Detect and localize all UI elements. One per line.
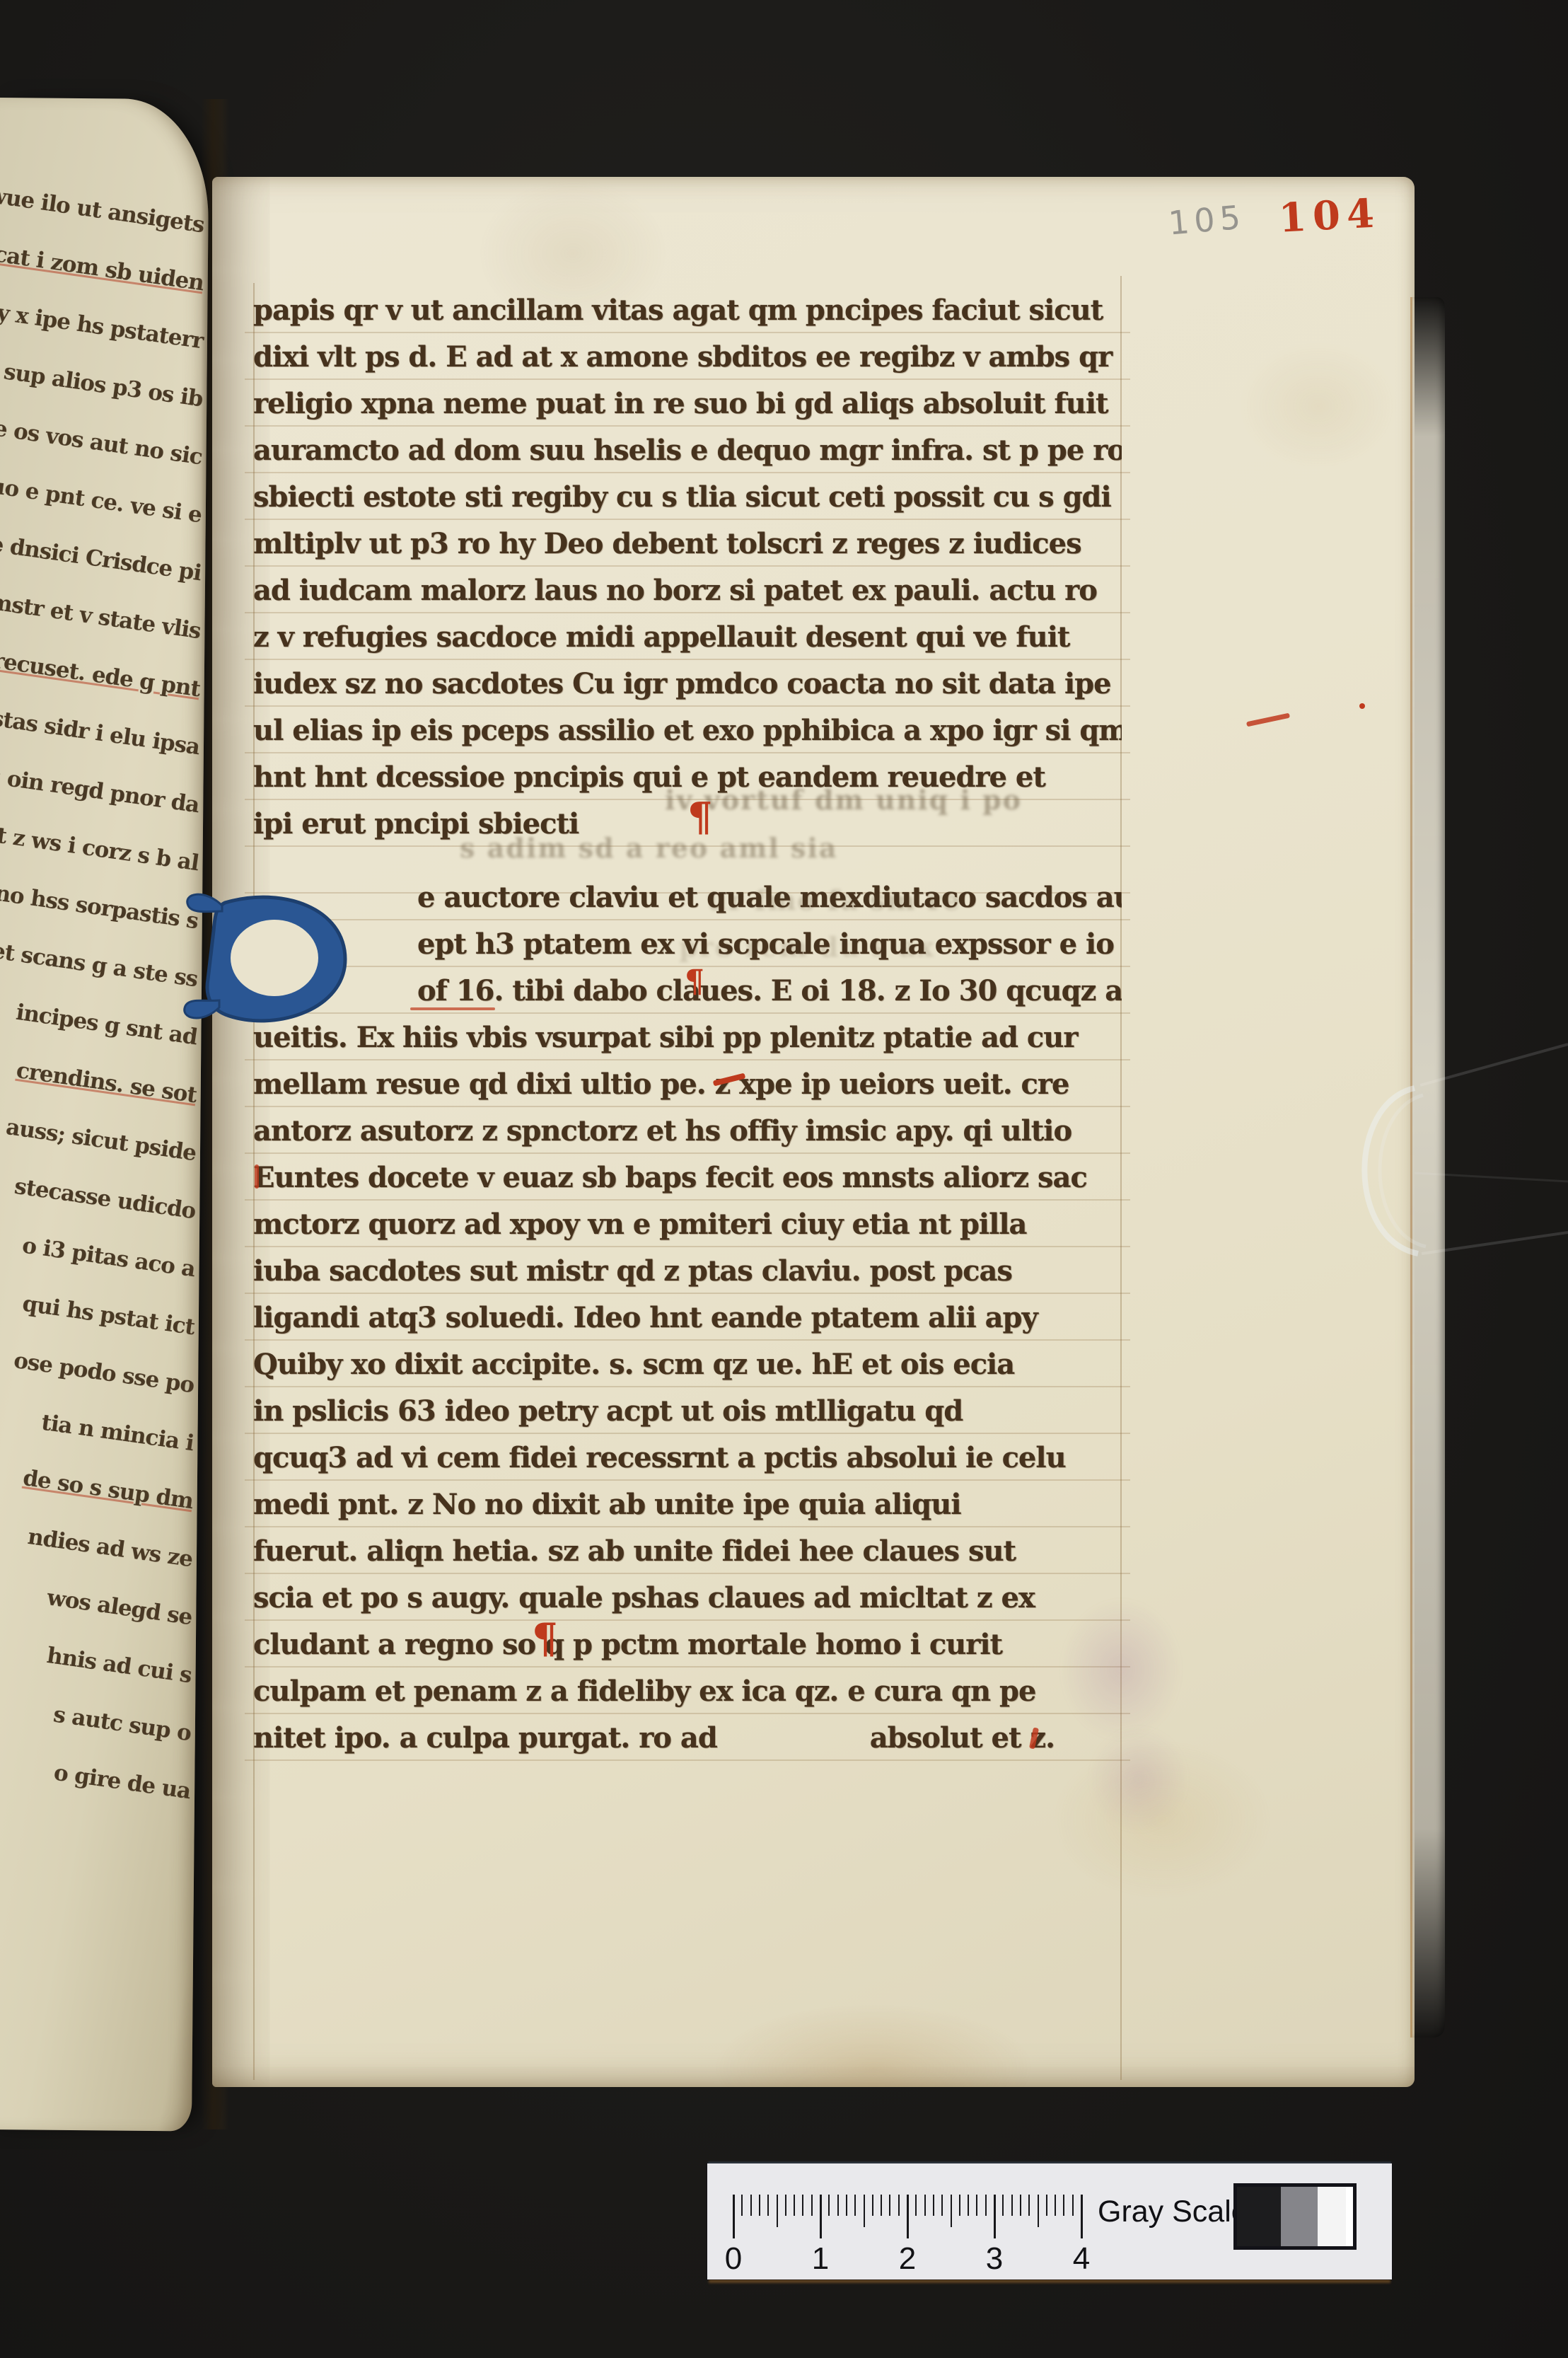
ruler-mm-tick [872,2195,873,2216]
manuscript-photograph: et wue ilo ut ansigetsse cat i zom sb ui… [0,0,1568,2358]
ruler-mm-tick [941,2195,943,2216]
ruler-mm-tick [741,2195,743,2216]
ruler-mm-tick [985,2195,987,2216]
manuscript-line: dixi vlt ps d. E ad at x amone sbditos e… [253,340,1122,381]
ruler-mm-tick [881,2195,882,2216]
ruler-cm-tick [1081,2195,1083,2238]
manuscript-line: ul elias ip eis pceps assilio et exo pph… [253,714,1122,755]
ruler-mm-tick [837,2195,839,2216]
patch-black [1237,2187,1281,2246]
ruler-mm-tick [777,2195,778,2227]
manuscript-line: fuerut. aliqn hetia. sz ab unite fidei h… [253,1535,1122,1576]
ruler-mm-tick [854,2195,856,2216]
ruler-mm-tick [915,2195,917,2216]
left-page-text-line: uo e pnt ce. ve si e [0,466,203,528]
ruler-cm-tick [820,2195,822,2238]
left-page-text-line: stecasse udicdo [0,1162,197,1224]
ruler-mm-tick [1046,2195,1047,2216]
transparent-page-strap [1308,1005,1568,1344]
manuscript-line: ad iudcam malorz laus no borz si patet e… [253,574,1122,615]
left-page-text-line: e s oin regd pnor da [0,756,201,818]
manuscript-line: papis qr v ut ancillam vitas agat qm pnc… [253,294,1122,335]
manuscript-line: medi pnt. z No no dixit ab unite ipe qui… [253,1488,1122,1529]
ruler-mm-tick [951,2195,952,2227]
gray-scale-label: Gray Scale [1098,2195,1248,2229]
ruler-mm-tick [1002,2195,1004,2216]
folio-number-red: 104 [1277,190,1381,241]
manuscript-line: Quiby xo dixit accipite. s. scm qz ue. h… [253,1348,1122,1389]
rubric-stroke [255,1164,259,1189]
left-page-text-line: mstr et v state vlis [0,582,202,644]
ruler-mm-tick [933,2195,934,2216]
rubric-pilcrow: ¶ [532,1614,558,1663]
ruler-mm-tick [750,2195,752,2216]
ruler-mm-tick [794,2195,795,2216]
left-page-text-line: pube dnsici Crisdce pi [0,524,203,586]
ruler-number: 4 [1060,2241,1103,2277]
left-page-text-line: a n recuset. ede g pnt [0,640,202,702]
manuscript-line: sbiecti estote sti regiby cu s tlia sicu… [253,480,1122,521]
left-page-text-line: e le os vos aut no sic [0,408,204,470]
ruler-mm-tick [959,2195,960,2216]
ruler-number: 1 [799,2241,842,2277]
gray-scale-ruler: 01234 Gray Scale [707,2163,1392,2279]
rubric-pilcrow: ¶ [685,964,704,1000]
manuscript-line: mellam resue qd dixi ultio pe. z xpe ip … [253,1068,1122,1109]
manuscript-line: of 16. tibi dabo claues. E oi 18. z Io 3… [417,974,1122,1015]
ruler-mm-tick [889,2195,890,2216]
gray-scale-patches [1233,2183,1357,2250]
manuscript-page: 105 104 papis qr v ut ancillam vitas aga… [212,177,1415,2087]
ruler-mm-tick [1038,2195,1039,2227]
manuscript-line: scia et po s augy. quale pshas claues ad… [253,1581,1122,1622]
ruler-cm-tick [733,2195,735,2238]
manuscript-line: Euntes docete v euaz sb baps fecit eos m… [253,1161,1122,1202]
manuscript-line: ept h3 ptatem ex vi scpcale inqua expsso… [417,927,1122,969]
manuscript-line: iudex sz no sacdotes Cu igr pmdco coacta… [253,667,1122,708]
left-page-text-line: auss; sicut pside [0,1104,197,1166]
manuscript-line: iuba sacdotes sut mistr qd z ptas claviu… [253,1254,1122,1295]
rubric-underline [410,1007,495,1010]
left-page-text-line: et wue ilo ut ansigets [0,176,206,238]
patch-white [1318,2187,1346,2246]
left-page-text-line: sm sup alios p3 os ib [0,350,204,412]
ruler-mm-tick [924,2195,926,2216]
left-page-text-line: de so s sup dm [0,1452,194,1514]
manuscript-last-line: nitet ipo. a culpa purgat. ro ad absolut… [253,1721,1122,1762]
patch-gray [1281,2187,1318,2246]
left-page-text-line: qui hs pstat ict [0,1278,196,1340]
ruler-number: 2 [886,2241,929,2277]
margin-red-mark [1246,713,1290,727]
ruler-mm-tick [898,2195,900,2216]
last-line-left: nitet ipo. a culpa purgat. ro ad [253,1721,717,1755]
ruler-mm-tick [785,2195,786,2216]
left-page-text-line: as ty x ipe hs pstaterr [0,292,205,354]
left-page-text-line: hnis ad cui s [0,1626,193,1688]
manuscript-line: ueitis. Ex hiis vbis vsurpat sibi pp ple… [253,1021,1122,1062]
left-page-text-line: o gire de ua [0,1743,192,1804]
ruler-mm-tick [802,2195,803,2216]
manuscript-line: qcuq3 ad vi cem fidei recessrnt a pctis … [253,1441,1122,1482]
show-through-text: s adim sd a reo aml sia [460,832,1117,864]
ruler-mm-tick [1011,2195,1013,2216]
left-page-text-line: z no hss sorpastis s [0,872,199,934]
facing-page-edge: et wue ilo ut ansigetsse cat i zom sb ui… [0,98,209,2131]
ruler-mm-tick [759,2195,760,2216]
ruler-mm-tick [811,2195,813,2216]
manuscript-line: antorz asutorz z spnctorz et hs offiy im… [253,1114,1122,1155]
ruler-mm-tick [864,2195,865,2227]
manuscript-line: cludant a regno so q p pctm mortale homo… [253,1628,1122,1669]
folio-number-pencil: 105 [1167,197,1247,242]
manuscript-line: culpam et penam z a fideliby ex ica qz. … [253,1675,1122,1716]
ruler-mm-tick [846,2195,847,2216]
left-page-text-line: incipes g snt ad [0,988,199,1050]
left-page-text-line: pstas sidr i elu ipsa [0,698,202,760]
manuscript-line: ligandi atq3 soluedi. Ideo hnt eande pta… [253,1301,1122,1342]
ruler-mm-tick [1072,2195,1074,2216]
left-page-text-line: ndies ad ws ze [0,1510,194,1572]
left-page-text-line: se cat i zom sb uiden [0,234,205,296]
left-page-text-line: wos alegd se [0,1568,194,1630]
rubric-pilcrow: ¶ [687,794,713,840]
left-page-text-line: ose podo sse po [0,1336,196,1398]
manuscript-line: auramcto ad dom suu hselis e dequo mgr i… [253,434,1122,475]
left-page-text-line: s autc sup o [0,1684,192,1746]
ruler-mm-tick [976,2195,977,2216]
manuscript-line: z v refugies sacdoce midi appellauit des… [253,620,1122,661]
ruler-number: 3 [973,2241,1016,2277]
left-page-text-line: i t z ws i corz s b al [0,814,200,876]
ruler-mm-tick [1063,2195,1064,2216]
manuscript-line: mctorz quorz ad xpoy vn e pmiteri ciuy e… [253,1208,1122,1249]
last-line-right: absolut et z. [870,1721,1055,1755]
left-page-text-line: et scans g a ste ss [0,930,199,992]
manuscript-line: e auctore claviu et quale mexdiutaco sac… [417,881,1122,922]
left-page-text-line: tia n mincia i [0,1394,195,1456]
illuminated-initial-D [178,884,364,1036]
ruler-number: 0 [712,2241,755,2277]
ruler-mm-tick [968,2195,969,2216]
ruler-mm-tick [1028,2195,1030,2216]
ruler-cm-tick [994,2195,996,2238]
margin-red-dot [1359,703,1365,709]
show-through-text: iv vortuf dm uniq i po [665,784,1117,816]
ruler-cm-tick [907,2195,909,2238]
left-page-text-line: crendins. se sot [0,1046,198,1108]
manuscript-line: mltiplv ut p3 ro hy Deo debent tolscri z… [253,527,1122,568]
left-page-text-line: o i3 pitas aco a [0,1220,197,1282]
ruler-mm-tick [767,2195,769,2216]
manuscript-line: in pslicis 63 ideo petry acpt ut ois mtl… [253,1394,1122,1435]
manuscript-line: religio xpna neme puat in re suo bi gd a… [253,387,1122,428]
ruler-mm-tick [1055,2195,1056,2216]
ruler-mm-tick [828,2195,830,2216]
ruler-mm-tick [1020,2195,1021,2216]
